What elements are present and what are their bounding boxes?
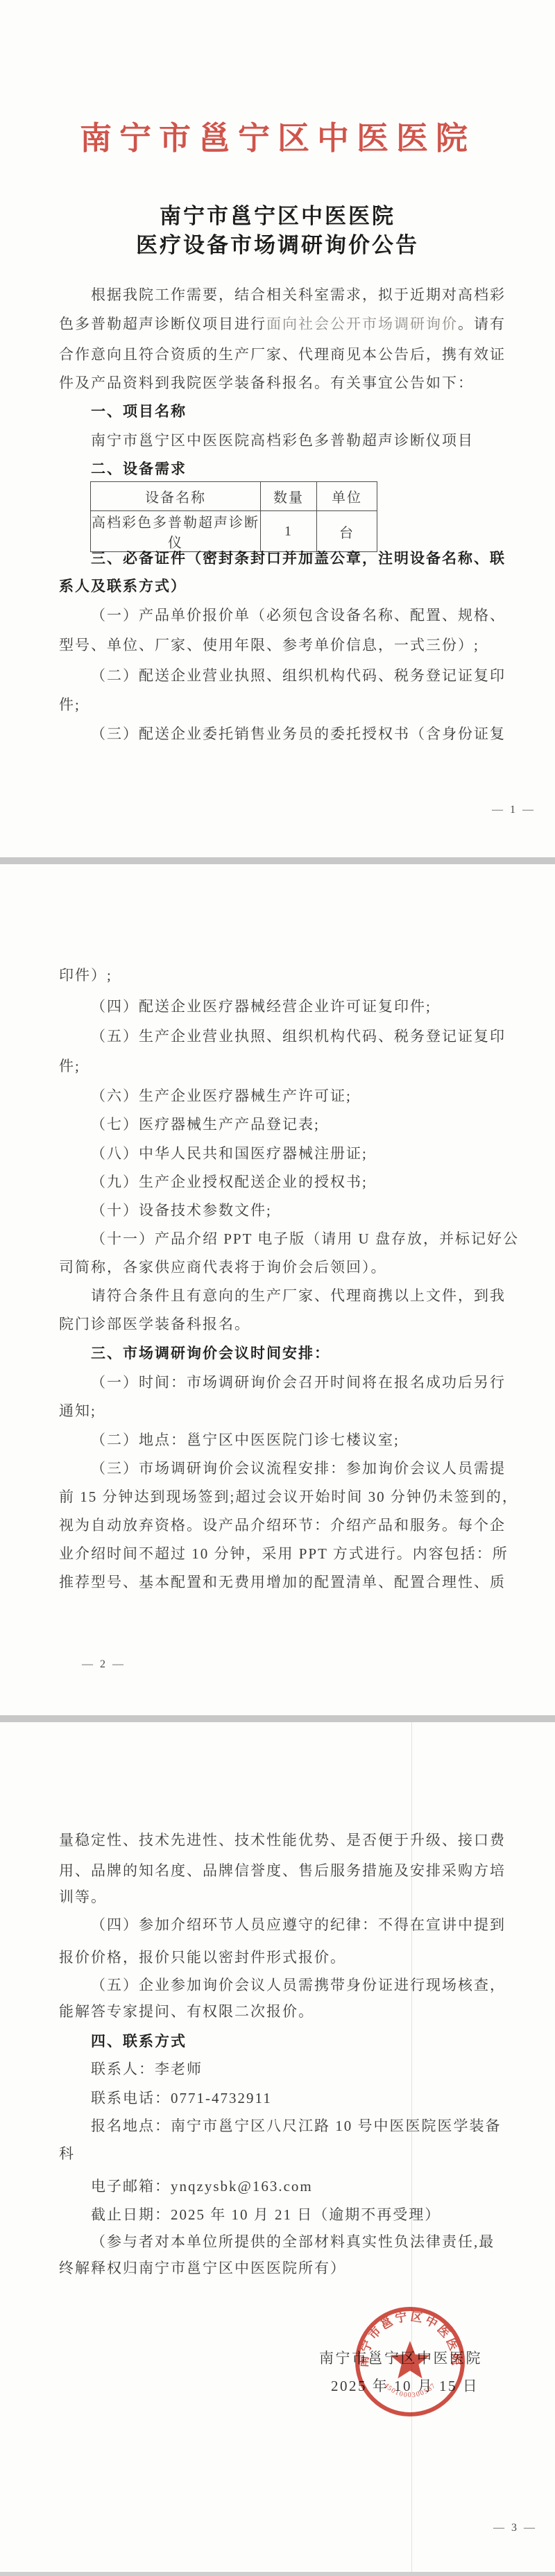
- body-line: 业介绍时间不超过 10 分钟，采用 PPT 方式进行。内容包括：所: [59, 1544, 506, 1563]
- hospital-letterhead: 南宁市邕宁区中医医院: [0, 119, 555, 158]
- body-line: （二）地点：邕宁区中医医院门诊七楼议室;: [59, 1430, 538, 1450]
- body-line: （三）市场调研询价会议流程安排：参加询价会议人员需提: [59, 1459, 538, 1478]
- body-line: 视为自动放弃资格。设产品介绍环节：介绍产品和服务。每个企: [59, 1515, 506, 1535]
- body-line: （八）中华人民共和国医疗器械注册证;: [59, 1144, 538, 1163]
- section-heading-equipment-demand: 二、设备需求: [59, 459, 538, 479]
- body-line: （一）产品单价报价单（必须包含设备名称、配置、规格、: [59, 606, 538, 625]
- body-line: 司简称，各家供应商代表将于询价会后领回）。: [59, 1257, 506, 1277]
- document-page-1: 南宁市邕宁区中医医院 南宁市邕宁区中医医院 医疗设备市场调研询价公告 根据我院工…: [0, 0, 555, 857]
- body-line: 报价价格，报价只能以密封件形式报价。: [59, 1948, 506, 1967]
- stamp-serial-number: 4501000300587: [382, 2382, 438, 2399]
- page-number-2: — 2 —: [82, 1658, 126, 1672]
- body-line: 型号、单位、厂家、使用年限、参考单价信息，一式三份）;: [59, 635, 506, 655]
- section-heading-contact: 四、联系方式: [59, 2032, 538, 2051]
- scan-bottom-edge: [0, 2572, 555, 2576]
- page-divider: [0, 857, 555, 864]
- body-line: 训等。: [59, 1887, 506, 1907]
- body-line: （二）配送企业营业执照、组织机构代码、税务登记证复印: [59, 666, 538, 685]
- body-line: （十）设备技术参数文件;: [59, 1201, 538, 1220]
- intro-line: 件及产品资料到我院医学装备科报名。有关事宜公告如下：: [59, 373, 506, 393]
- table-cell-device-name: 高档彩色多普勒超声诊断仪: [91, 511, 261, 552]
- table-header-row: 设备名称 数量 单位: [91, 482, 377, 511]
- contact-phone-line: 联系电话：0771-4732911: [59, 2088, 538, 2108]
- intro-line-part: 。请有: [458, 316, 506, 332]
- table-header-unit: 单位: [317, 482, 377, 511]
- body-line: （七）医疗器械生产产品登记表;: [59, 1115, 538, 1134]
- body-line: 院门诊部医学装备科报名。: [59, 1314, 506, 1334]
- table-header-quantity: 数量: [261, 482, 317, 511]
- section-heading-meeting-schedule: 三、市场调研询价会议时间安排：: [59, 1343, 538, 1363]
- disclaimer-cont: 终解释权归南宁市邕宁区中医医院所有）: [59, 2258, 506, 2278]
- document-title-line2: 医疗设备市场调研询价公告: [0, 234, 555, 257]
- body-line: 件;: [59, 1056, 506, 1076]
- contact-person-line: 联系人：李老师: [59, 2059, 538, 2079]
- body-line: （三）配送企业委托销售业务员的委托授权书（含身份证复: [59, 724, 538, 744]
- deadline-line: 截止日期：2025 年 10 月 21 日（逾期不再受理）: [59, 2205, 538, 2224]
- email-line: 电子邮箱：ynqzysbk@163.com: [59, 2176, 538, 2196]
- page-number-1: — 1 —: [492, 803, 536, 817]
- project-name-text: 南宁市邕宁区中医医院高档彩色多普勒超声诊断仪项目: [59, 431, 538, 450]
- intro-line: 合作意向且符合资质的生产厂家、代理商见本公告后，携有效证: [59, 345, 506, 364]
- intro-line: 色多普勒超声诊断仪项目进行面向社会公开市场调研询价。请有: [59, 314, 506, 334]
- intro-line-faded-part: 面向社会公开市场调研询价: [266, 316, 458, 332]
- document-page-2: 印件）; （四）配送企业医疗器械经营企业许可证复印件; （五）生产企业营业执照、…: [0, 864, 555, 1715]
- body-line: （四）配送企业医疗器械经营企业许可证复印件;: [59, 997, 538, 1016]
- section-heading-project-name: 一、项目名称: [59, 402, 538, 421]
- page-number-3: — 3 —: [493, 2521, 537, 2535]
- body-line: 请符合条件且有意向的生产厂家、代理商携以上文件，到我: [59, 1286, 538, 1305]
- body-line: （十一）产品介绍 PPT 电子版（请用 U 盘存放，并标记好公: [59, 1229, 538, 1248]
- body-line: （五）生产企业营业执照、组织机构代码、税务登记证复印: [59, 1027, 538, 1046]
- body-line: （六）生产企业医疗器械生产许可证;: [59, 1086, 538, 1106]
- intro-line-part: 色多普勒超声诊断仪项目进行: [59, 316, 266, 332]
- table-cell-quantity: 1: [261, 511, 317, 552]
- body-line: 用、品牌的知名度、品牌信誉度、售后服务措施及安排采购方培: [59, 1861, 506, 1880]
- table-cell-unit: 台: [317, 511, 377, 552]
- stamp-star-icon: [391, 2341, 430, 2378]
- section-heading-required-documents: 三、必备证件（密封条封口并加盖公章，注明设备名称、联: [59, 549, 538, 568]
- table-header-device-name: 设备名称: [91, 482, 261, 511]
- body-line: 件;: [59, 695, 506, 714]
- body-line: 能解答专家提问、有权限二次报价。: [59, 2002, 506, 2021]
- body-line: 印件）;: [59, 965, 506, 985]
- table-row: 高档彩色多普勒超声诊断仪 1 台: [91, 511, 377, 552]
- body-line: （四）参加介绍环节人员应遵守的纪律：不得在宣讲中提到: [59, 1915, 538, 1934]
- intro-line: 根据我院工作需要，结合相关科室需求，拟于近期对高档彩: [59, 285, 538, 304]
- body-line: （一）时间：市场调研询价会召开时间将在报名成功后另行: [59, 1373, 538, 1392]
- registration-address-cont: 科: [59, 2144, 506, 2163]
- body-line: 前 15 分钟达到现场签到;超过会议开始时间 30 分钟仍未签到的，: [59, 1487, 506, 1506]
- document-title-line1: 南宁市邕宁区中医医院: [0, 205, 555, 228]
- body-line: （五）企业参加询价会议人员需携带身份证进行现场核查，: [59, 1975, 538, 1995]
- registration-address-line: 报名地点：南宁市邕宁区八尺江路 10 号中医医院医学装备: [59, 2116, 538, 2136]
- body-line: 通知;: [59, 1401, 506, 1420]
- section-heading-required-documents-cont: 系人及联系方式）: [59, 576, 506, 596]
- official-red-stamp: 南宁市邕宁区中医医院 4501000300587: [352, 2304, 468, 2419]
- body-line: 量稳定性、技术先进性、技术性能优势、是否便于升级、接口费: [59, 1830, 506, 1850]
- equipment-table: 设备名称 数量 单位 高档彩色多普勒超声诊断仪 1 台: [90, 481, 377, 552]
- body-line: （九）生产企业授权配送企业的授权书;: [59, 1172, 538, 1192]
- document-page-3: 量稳定性、技术先进性、技术性能优势、是否便于升级、接口费 用、品牌的知名度、品牌…: [0, 1722, 555, 2572]
- page-divider: [0, 1715, 555, 1722]
- disclaimer-line: （参与者对本单位所提供的全部材料真实性负法律责任,最: [59, 2232, 538, 2251]
- body-line: 推荐型号、基本配置和无费用增加的配置清单、配置合理性、质: [59, 1572, 506, 1592]
